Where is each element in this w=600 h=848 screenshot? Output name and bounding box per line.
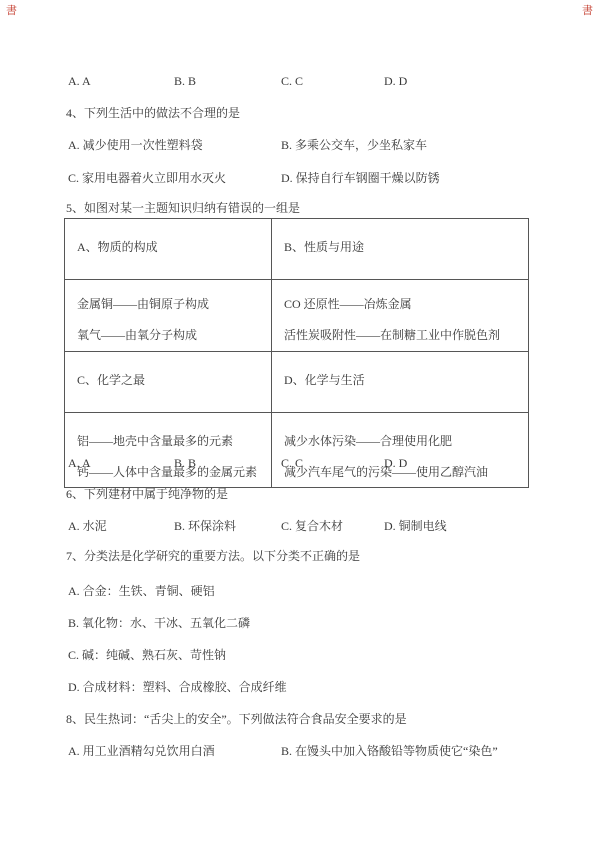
option-a: A. 减少使用一次性塑料袋: [68, 137, 203, 153]
question-text: 6、下列建材中属于纯净物的是: [66, 486, 228, 502]
question-7-option-a: A. 合金：生铁、青铜、硬铝: [0, 583, 600, 599]
question-text: 5、如图对某一主题知识归纳有错误的一组是: [66, 200, 300, 216]
question-3-answer-row: A. A B. B C. C D. D: [0, 73, 600, 89]
question-text: 7、分类法是化学研究的重要方法。以下分类不正确的是: [66, 548, 360, 564]
option-a: A. 用工业酒精勾兑饮用白酒: [68, 743, 215, 759]
question-8-options-ab: A. 用工业酒精勾兑饮用白酒 B. 在馒头中加入铬酸铅等物质使它“染色”: [0, 743, 600, 759]
option-a: A. 水泥: [68, 518, 107, 534]
answer-choice-d: D. D: [384, 73, 407, 89]
option-a: A. 合金：生铁、青铜、硬铝: [68, 583, 215, 599]
table-line: CO 还原性——冶炼金属: [284, 296, 524, 313]
exam-paper-page: 書 書 A. A B. B C. C D. D 4、下列生活中的做法不合理的是 …: [0, 0, 600, 848]
red-seal-icon: 書: [582, 5, 593, 17]
answer-choice-b: B. B: [174, 455, 196, 471]
table-cell-a-title: A、物质的构成: [65, 219, 272, 280]
option-c: C. 复合木材: [281, 518, 343, 534]
answer-choice-d: D. D: [384, 455, 407, 471]
option-b: B. 环保涂料: [174, 518, 236, 534]
question-text: 4、下列生活中的做法不合理的是: [66, 105, 240, 121]
red-seal-icon: 書: [6, 5, 17, 17]
question-7-option-c: C. 碱：纯碱、熟石灰、苛性钠: [0, 647, 600, 663]
question-7-option-d: D. 合成材料：塑料、合成橡胶、合成纤维: [0, 679, 600, 695]
question-6-options: A. 水泥 B. 环保涂料 C. 复合木材 D. 铜制电线: [0, 518, 600, 534]
option-c: C. 家用电器着火立即用水灭火: [68, 170, 226, 186]
table-line: 铝——地壳中含量最多的元素: [77, 433, 267, 450]
question-7-stem: 7、分类法是化学研究的重要方法。以下分类不正确的是: [0, 548, 600, 564]
option-c: C. 碱：纯碱、熟石灰、苛性钠: [68, 647, 226, 663]
question-5-stem: 5、如图对某一主题知识归纳有错误的一组是: [0, 200, 600, 216]
answer-choice-a: A. A: [68, 455, 91, 471]
question-6-stem: 6、下列建材中属于纯净物的是: [0, 486, 600, 502]
option-b: B. 氧化物：水、干冰、五氧化二磷: [68, 615, 250, 631]
table-line: 活性炭吸附性——在制糖工业中作脱色剂: [284, 327, 524, 344]
table-line: 金属铜——由铜原子构成: [77, 296, 267, 313]
table-cell-c-body: 铝——地壳中含量最多的元素 钙——人体中含量最多的金属元素: [65, 413, 272, 488]
question-4-stem: 4、下列生活中的做法不合理的是: [0, 105, 600, 121]
answer-choice-b: B. B: [174, 73, 196, 89]
question-8-stem: 8、民生热词：“舌尖上的安全”。下列做法符合食品安全要求的是: [0, 711, 600, 727]
table-cell-b-title: B、性质与用途: [272, 219, 529, 280]
table-cell-d-title: D、化学与生活: [272, 352, 529, 413]
table-line: 减少水体污染——合理使用化肥: [284, 433, 524, 450]
answer-choice-a: A. A: [68, 73, 91, 89]
question-5-answer-row: A. A B. B C. C D. D: [0, 455, 600, 471]
option-d: D. 合成材料：塑料、合成橡胶、合成纤维: [68, 679, 287, 695]
question-7-option-b: B. 氧化物：水、干冰、五氧化二磷: [0, 615, 600, 631]
option-d: D. 保持自行车钢圈干燥以防锈: [281, 170, 440, 186]
option-b: B. 在馒头中加入铬酸铅等物质使它“染色”: [281, 743, 498, 759]
table-cell-c-title: C、化学之最: [65, 352, 272, 413]
question-4-options-ab: A. 减少使用一次性塑料袋 B. 多乘公交车，少坐私家车: [0, 137, 600, 153]
answer-choice-c: C. C: [281, 455, 303, 471]
question-5-knowledge-table: A、物质的构成 B、性质与用途 金属铜——由铜原子构成 氧气——由氧分子构成 C…: [64, 218, 529, 488]
table-line: 氧气——由氧分子构成: [77, 327, 267, 344]
question-4-options-cd: C. 家用电器着火立即用水灭火 D. 保持自行车钢圈干燥以防锈: [0, 170, 600, 186]
option-d: D. 铜制电线: [384, 518, 447, 534]
question-text: 8、民生热词：“舌尖上的安全”。下列做法符合食品安全要求的是: [66, 711, 407, 727]
table-cell-b-body: CO 还原性——冶炼金属 活性炭吸附性——在制糖工业中作脱色剂: [272, 280, 529, 352]
answer-choice-c: C. C: [281, 73, 303, 89]
table-cell-a-body: 金属铜——由铜原子构成 氧气——由氧分子构成: [65, 280, 272, 352]
table-cell-d-body: 减少水体污染——合理使用化肥 减少汽车尾气的污染——使用乙醇汽油: [272, 413, 529, 488]
option-b: B. 多乘公交车，少坐私家车: [281, 137, 427, 153]
